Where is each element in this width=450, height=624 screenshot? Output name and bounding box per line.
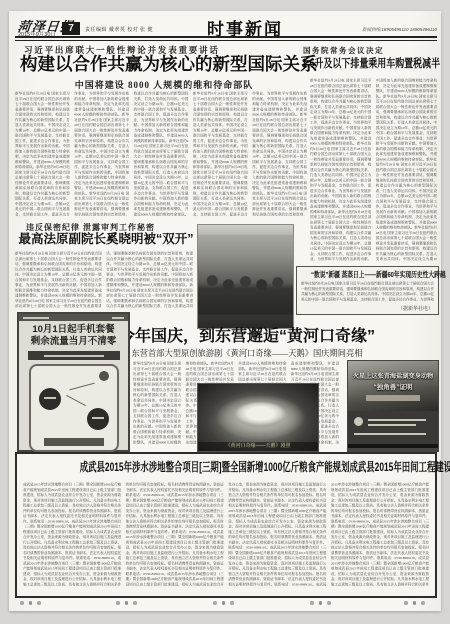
tax-story-body: 新华社纽约9月28日电 国家主席习近平28日在纽约联合国总部出席第七十届联合国大… <box>310 78 437 264</box>
ad-title-line2: 剩余流量当月不清零 <box>19 336 128 348</box>
court-story-headline: 最高法原副院长奚晓明被“双开” <box>17 231 195 248</box>
xinjiang-body: 新华社纽约9月28日电 国家主席习近平28日在纽约联合国总部出席第七十届联合国大… <box>301 281 434 307</box>
scan-dots <box>116 601 137 605</box>
text-line-placeholder <box>354 433 426 435</box>
swan-stage-photo: 《黄河口奇缘——天鹅》剧照 <box>197 383 319 452</box>
dongying-headline: 今年国庆，到东营邂逅“黄河口奇缘” <box>118 327 376 346</box>
phone-illustration <box>29 364 119 452</box>
dongying-subhead: 东营首部大型原创旅游剧《黄河口奇缘——天鹅》国庆期间亮相 <box>118 348 376 359</box>
ad-banner <box>28 351 120 360</box>
card-footer <box>348 411 438 444</box>
scan-dots <box>310 601 331 605</box>
tender-notice-headline: 成武县2015年涉水涉地整合项目[三期]暨全国新增1000亿斤粮食产能规划成武县… <box>80 459 373 475</box>
tax-story-kicker: 国务院常务会议决定 <box>303 45 384 56</box>
court-story-body: 新华社纽约9月28日电 国家主席习近平28日在纽约联合国总部出席第七十届联合国大… <box>15 251 193 310</box>
body-text: 新华社纽约9月28日电 国家主席习近平28日在纽约联合国总部出席第七十届联合国大… <box>15 91 307 222</box>
un-story-subhead: 中国将建设 8000 人规模的维和待命部队 <box>20 78 308 91</box>
header-divider <box>15 36 437 41</box>
body-text: 新华社纽约9月28日电 国家主席习近平28日在纽约联合国总部出席第七十届联合国大… <box>310 78 437 264</box>
mars-lake-image: 火星上这张青海盐湖变身动物 “独角兽”证明 <box>348 361 438 411</box>
scan-dots <box>404 601 425 605</box>
arrow-icon <box>66 395 86 406</box>
un-story-headline: 构建以合作共赢为核心的新型国际关系 <box>20 52 308 76</box>
scan-dots <box>20 601 41 605</box>
body-text: 新华社纽约9月28日电 国家主席习近平28日在纽约联合国总部出席第七十届联合国大… <box>15 251 193 310</box>
mobile-data-ad: 10月1日起手机套餐 剩余流量当月不清零 <box>17 312 130 452</box>
phone-footer-pill <box>44 438 104 446</box>
avatar <box>354 417 363 426</box>
social-post-card: 火星上这张青海盐湖变身动物 “独角兽”证明 <box>347 360 439 452</box>
xinjiang-box: “数说”新疆 蒸蒸日上——新疆60年实现历史性大跨越 新华社纽约9月28日电 国… <box>296 266 439 315</box>
text-line-placeholder <box>112 317 124 319</box>
ad-header-bar <box>19 314 128 321</box>
data-circle-icon <box>39 388 61 410</box>
editor-credits: 责任编辑 戴翠英 校对 张 健 <box>85 26 153 33</box>
peacekeepers-photo <box>197 224 294 329</box>
card-caption-line2: “独角兽”证明 <box>374 382 413 391</box>
tax-story-headline: 1.6升及以下排量乘用车购置税减半 <box>302 56 440 72</box>
card-caption-line1: 火星上这张青海盐湖变身动物 <box>353 371 433 380</box>
ad-title-line1: 10月1日起手机套餐 <box>19 324 128 336</box>
scan-dots <box>213 601 234 605</box>
arrow-icon <box>69 383 94 391</box>
text-line-placeholder <box>92 417 104 419</box>
tender-notice-box: 成武县2015年涉水涉地整合项目[三期]暨全国新增1000亿斤粮食产能规划成武县… <box>15 452 437 598</box>
news-hotline: 新闻热线:18905495110 18905496110 <box>317 27 437 33</box>
xinjiang-attribution: （据新华社电） <box>398 305 433 312</box>
text-line-placeholder <box>44 397 56 399</box>
tender-notice-body: 成武县2015年涉水涉地整合项目（三期）暨全国新增1000亿斤粮食产能规划成武县… <box>23 482 429 590</box>
swan-photo-caption: 《黄河口奇缘——天鹅》剧照 <box>198 442 318 451</box>
un-story-body: 新华社纽约9月28日电 国家主席习近平28日在纽约联合国总部出席第七十届联合国大… <box>15 91 307 222</box>
text-line-placeholder <box>368 424 416 426</box>
data-circle-icon <box>87 408 109 430</box>
text-line-placeholder <box>23 317 49 319</box>
newspaper-page: 菏泽日报 2015年9月30日 7 责任编辑 戴翠英 校对 张 健 时事新闻 新… <box>0 0 450 624</box>
card-bottom-strip <box>348 444 438 448</box>
page-number-badge: 7 <box>62 22 80 35</box>
card-banner <box>366 395 420 401</box>
xinjiang-headline: “数说”新疆 蒸蒸日上——新疆60年实现历史性大跨越 <box>311 270 424 280</box>
body-text: 成武县2015年涉水涉地整合项目（三期）暨全国新增1000亿斤粮食产能规划成武县… <box>23 482 429 590</box>
body-text: 新华社纽约9月28日电 国家主席习近平28日在纽约联合国总部出席第七十届联合国大… <box>301 281 434 307</box>
text-line-placeholder <box>44 355 104 357</box>
text-line-placeholder <box>368 419 426 421</box>
person-icon <box>99 371 109 381</box>
